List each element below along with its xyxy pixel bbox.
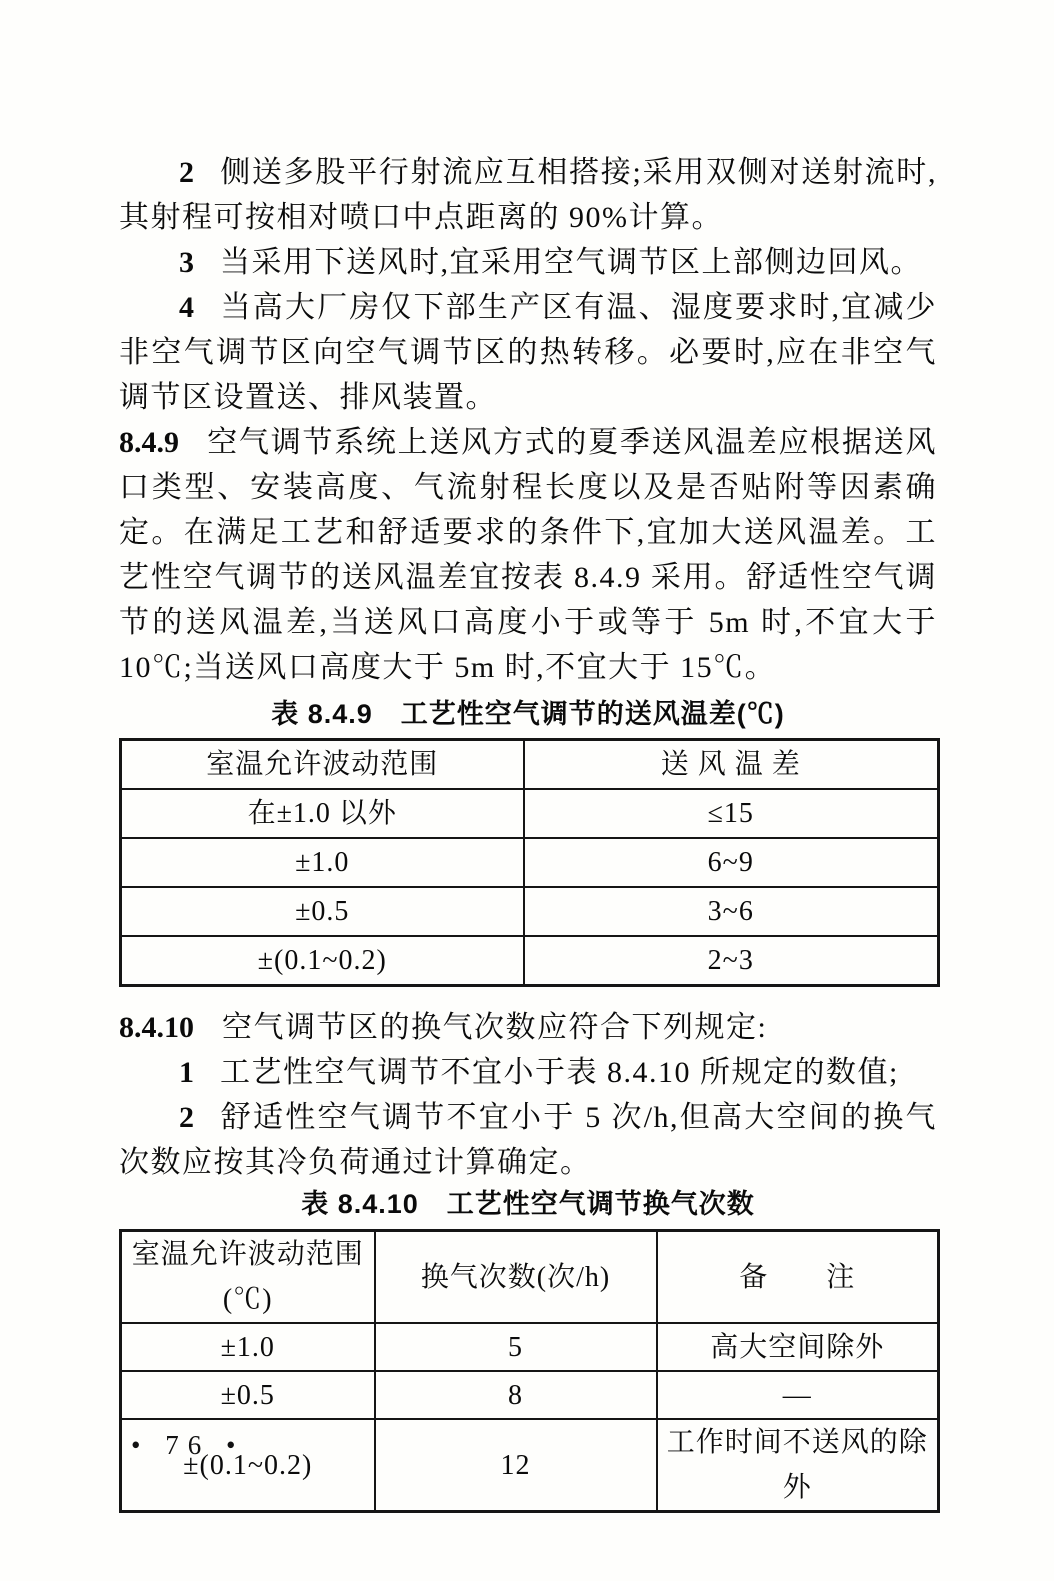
clause-8-4-10-number: 8.4.10 (119, 1011, 222, 1044)
list-item-2: 2侧送多股平行射流应互相搭接;采用双侧对送射流时,其射程可按相对喷口中点距离的 … (119, 150, 937, 240)
list-item-8-4-10-2: 2舒适性空气调节不宜小于 5 次/h,但高大空间的换气次数应按其冷负荷通过计算确… (119, 1095, 937, 1185)
clause-8-4-10-text: 空气调节区的换气次数应符合下列规定: (222, 1011, 767, 1044)
table-8-4-10: 室温允许波动范围(℃) 换气次数(次/h) 备 注 ±1.0 5 高大空间除外 … (119, 1229, 940, 1513)
table-cell: 8 (375, 1371, 657, 1419)
table-cell: 12 (375, 1419, 657, 1512)
table-8-4-9-title: 表 8.4.9 工艺性空气调节的送风温差(℃) (119, 694, 937, 734)
list-item-8-4-10-1: 1工艺性空气调节不宜小于表 8.4.10 所规定的数值; (119, 1050, 937, 1095)
table-cell: ±0.5 (121, 1371, 375, 1419)
table-cell: ±1.0 (121, 838, 524, 887)
table-cell: ±(0.1~0.2) (121, 936, 524, 986)
table-row: 在±1.0 以外 ≤15 (121, 789, 939, 838)
column-header: 备 注 (657, 1231, 939, 1324)
table-cell: ≤15 (524, 789, 939, 838)
table-8-4-10-header-row: 室温允许波动范围(℃) 换气次数(次/h) 备 注 (121, 1231, 939, 1324)
list-item-2b-text: 舒适性空气调节不宜小于 5 次/h,但高大空间的换气次数应按其冷负荷通过计算确定… (119, 1101, 937, 1179)
list-item-1-number: 1 (179, 1056, 220, 1089)
column-header: 室温允许波动范围(℃) (121, 1231, 375, 1324)
list-item-2-number: 2 (179, 156, 220, 189)
table-cell: — (657, 1371, 939, 1419)
list-item-4-number: 4 (179, 291, 220, 324)
list-item-1-text: 工艺性空气调节不宜小于表 8.4.10 所规定的数值; (220, 1056, 899, 1089)
list-item-2-text: 侧送多股平行射流应互相搭接;采用双侧对送射流时,其射程可按相对喷口中点距离的 9… (119, 156, 937, 234)
list-item-4: 4当高大厂房仅下部生产区有温、湿度要求时,宜减少非空气调节区向空气调节区的热转移… (119, 285, 937, 420)
page-body: 2侧送多股平行射流应互相搭接;采用双侧对送射流时,其射程可按相对喷口中点距离的 … (119, 150, 937, 1513)
table-8-4-10-title: 表 8.4.10 工艺性空气调节换气次数 (119, 1185, 937, 1223)
table-row: ±0.5 8 — (121, 1371, 939, 1419)
table-cell: ±0.5 (121, 887, 524, 936)
table-row: ±1.0 5 高大空间除外 (121, 1323, 939, 1371)
clause-8-4-9: 8.4.9空气调节系统上送风方式的夏季送风温差应根据送风口类型、安装高度、气流射… (119, 420, 937, 690)
page-number: • 76 • (131, 1430, 244, 1461)
clause-8-4-10: 8.4.10空气调节区的换气次数应符合下列规定: (119, 1005, 937, 1050)
table-cell: 工作时间不送风的除外 (657, 1419, 939, 1512)
table-row: ±1.0 6~9 (121, 838, 939, 887)
table-8-4-9-header-row: 室温允许波动范围 送 风 温 差 (121, 740, 939, 790)
table-row: ±(0.1~0.2) 2~3 (121, 936, 939, 986)
list-item-3-number: 3 (179, 246, 220, 279)
list-item-4-text: 当高大厂房仅下部生产区有温、湿度要求时,宜减少非空气调节区向空气调节区的热转移。… (119, 291, 937, 414)
clause-8-4-9-text: 空气调节系统上送风方式的夏季送风温差应根据送风口类型、安装高度、气流射程长度以及… (119, 426, 937, 684)
table-row: ±0.5 3~6 (121, 887, 939, 936)
table-cell: 2~3 (524, 936, 939, 986)
list-item-3-text: 当采用下送风时,宜采用空气调节区上部侧边回风。 (220, 246, 922, 279)
table-cell: 3~6 (524, 887, 939, 936)
table-cell: ±1.0 (121, 1323, 375, 1371)
column-header: 送 风 温 差 (524, 740, 939, 790)
list-item-3: 3当采用下送风时,宜采用空气调节区上部侧边回风。 (119, 240, 937, 285)
table-cell: 在±1.0 以外 (121, 789, 524, 838)
table-cell: 5 (375, 1323, 657, 1371)
column-header: 换气次数(次/h) (375, 1231, 657, 1324)
list-item-2b-number: 2 (179, 1101, 220, 1134)
table-cell: 高大空间除外 (657, 1323, 939, 1371)
table-8-4-9: 室温允许波动范围 送 风 温 差 在±1.0 以外 ≤15 ±1.0 6~9 ±… (119, 738, 940, 987)
column-header: 室温允许波动范围 (121, 740, 524, 790)
table-cell: 6~9 (524, 838, 939, 887)
clause-8-4-9-number: 8.4.9 (119, 426, 207, 459)
document-page: 2侧送多股平行射流应互相搭接;采用双侧对送射流时,其射程可按相对喷口中点距离的 … (0, 0, 1054, 1581)
